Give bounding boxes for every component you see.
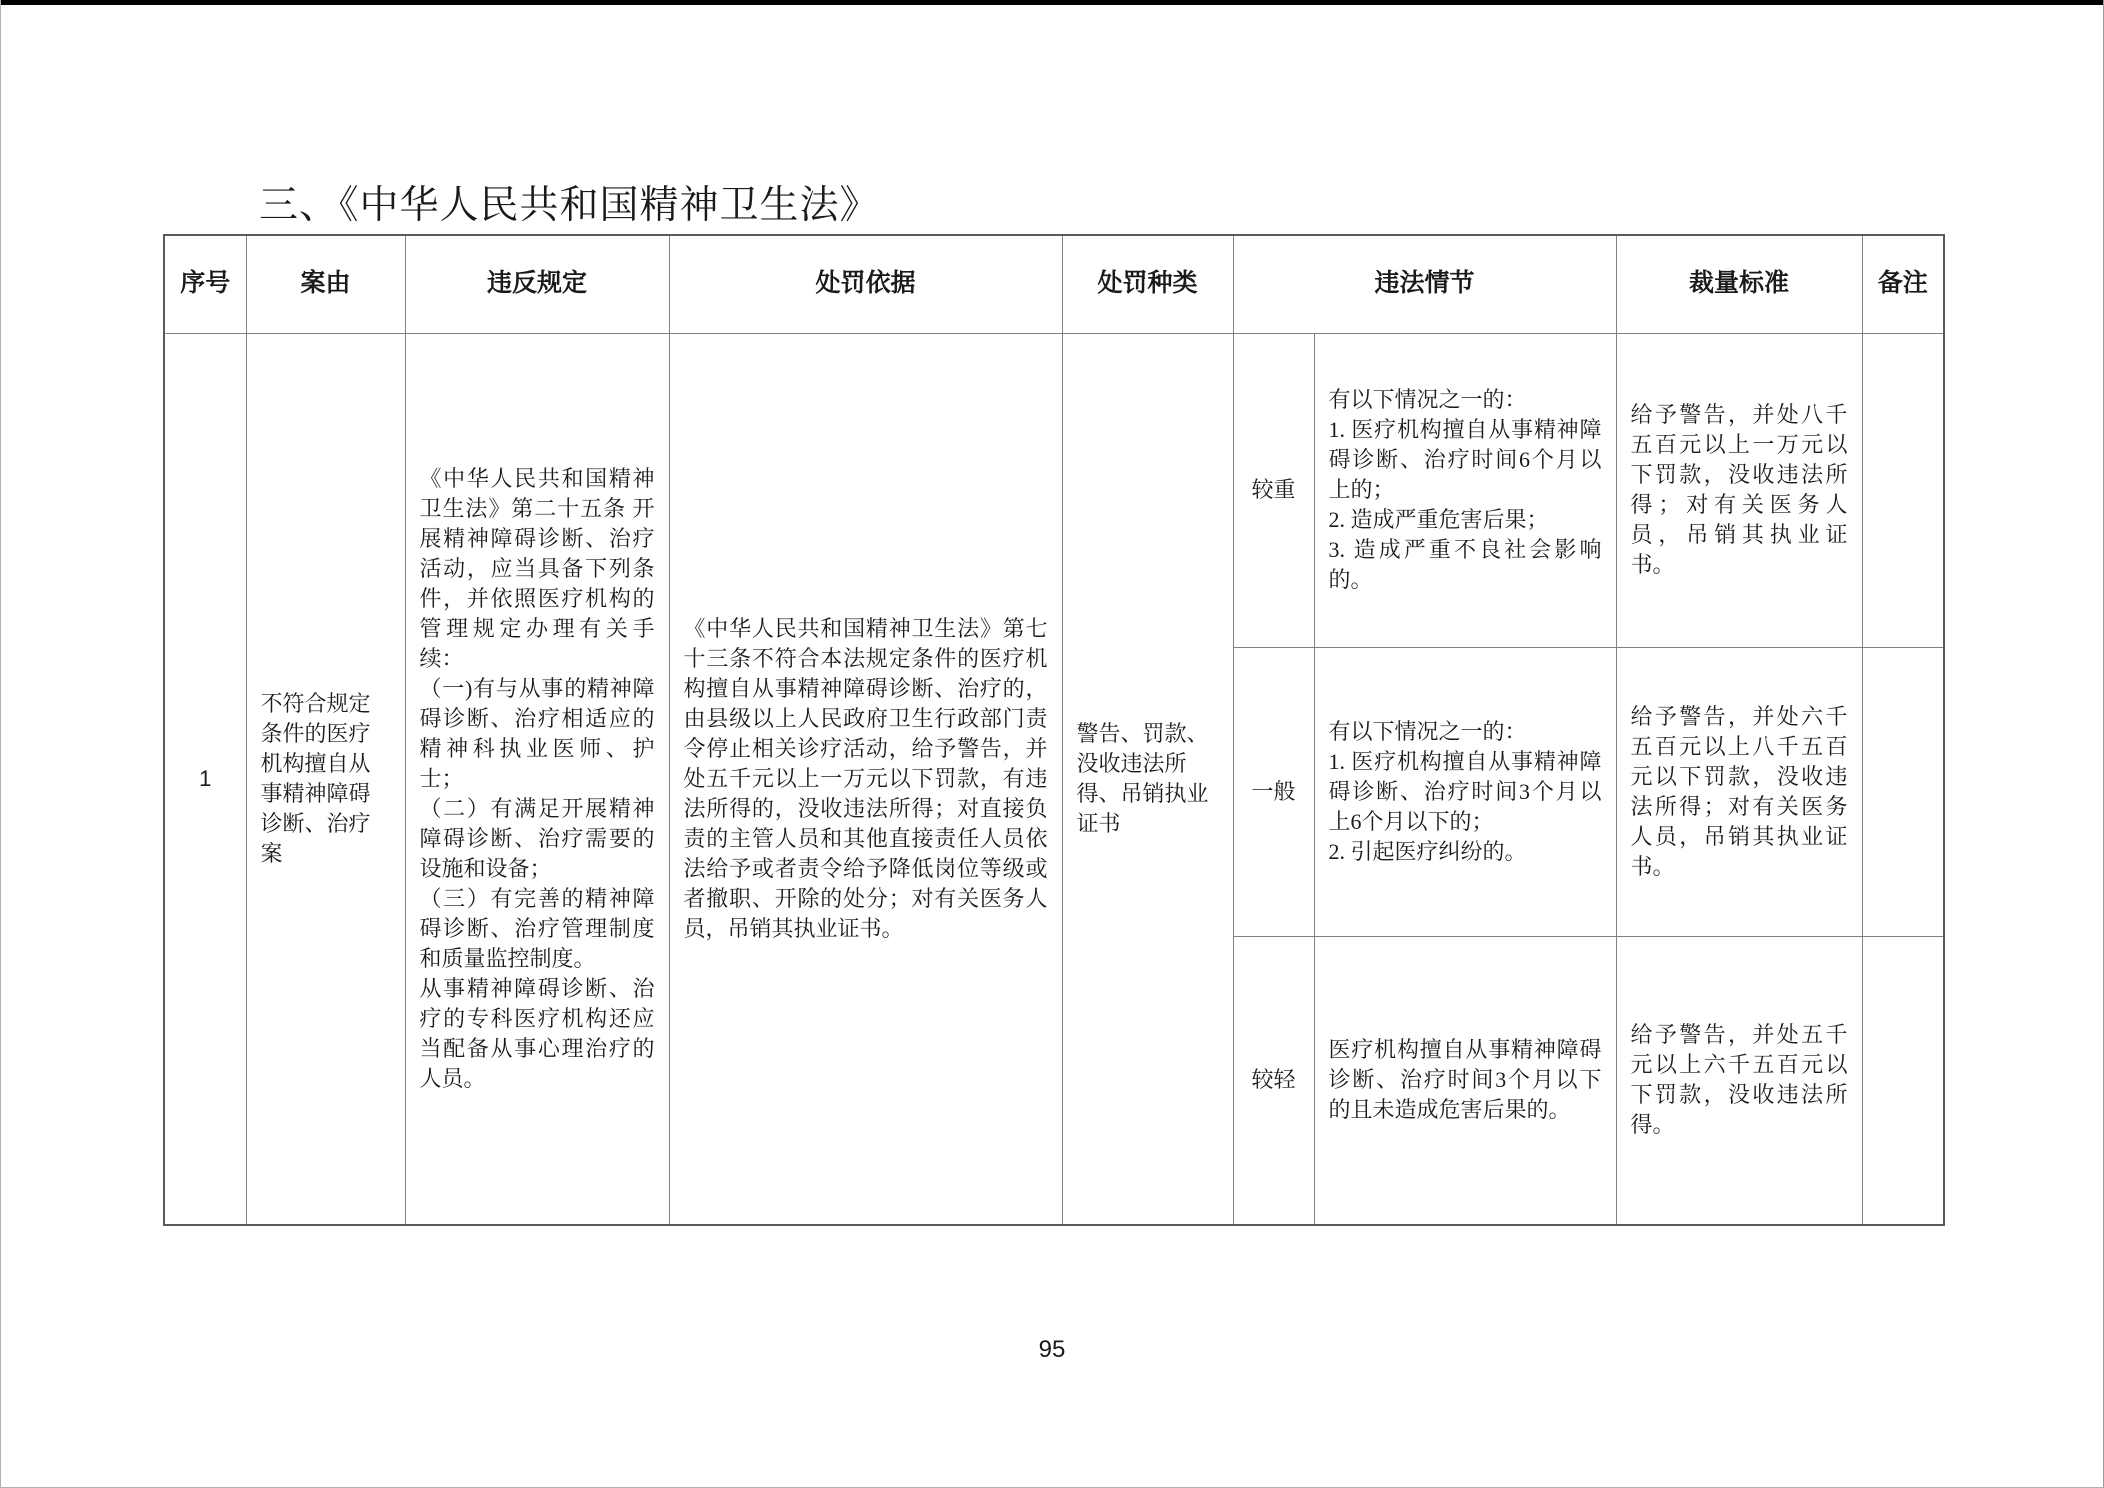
basis-paragraph: 《中华人民共和国精神卫生法》第七十三条不符合本法规定条件的医疗机构擅自从事精神障… <box>684 614 1048 944</box>
cell-case-index: 1 <box>164 333 246 1225</box>
severity-label-general: 一般 <box>1233 647 1314 936</box>
cell-circumstance-severe: 有以下情况之一的： 1. 医疗机构擅自从事精神障碍诊断、治疗时间6个月以上的； … <box>1314 333 1616 647</box>
circumstance-line: 有以下情况之一的： <box>1329 717 1602 747</box>
page-number: 95 <box>1 1336 2103 1364</box>
column-header-punishment-types: 处罚种类 <box>1062 235 1233 333</box>
severity-label-severe: 较重 <box>1233 333 1314 647</box>
provision-paragraph: （三）有完善的精神障碍诊断、治疗管理制度和质量监控制度。 <box>420 884 655 974</box>
standard-text: 给予警告，并处六千五百元以上八千五百元以下罚款，没收违法所得；对有关医务人员，吊… <box>1631 702 1848 882</box>
cell-standard-severe: 给予警告，并处八千五百元以上一万元以下罚款，没收违法所得；对有关医务人员，吊销其… <box>1616 333 1862 647</box>
column-header-standard: 裁量标准 <box>1616 235 1862 333</box>
circumstance-line: 医疗机构擅自从事精神障碍诊断、治疗时间3个月以下的且未造成危害后果的。 <box>1329 1035 1602 1125</box>
table-row-severe: 1 不符合规定条件的医疗机构擅自从事精神障碍诊断、治疗案 《中华人民共和国精神卫… <box>164 333 1944 647</box>
circumstance-line: 2. 造成严重危害后果； <box>1329 505 1602 535</box>
cell-remark-light <box>1862 936 1944 1225</box>
standard-text: 给予警告，并处五千元以上六千五百元以下罚款，没收违法所得。 <box>1631 1020 1848 1140</box>
cell-remark-general <box>1862 647 1944 936</box>
circumstance-line: 有以下情况之一的： <box>1329 385 1602 415</box>
cell-standard-general: 给予警告，并处六千五百元以上八千五百元以下罚款，没收违法所得；对有关医务人员，吊… <box>1616 647 1862 936</box>
column-header-circumstances: 违法情节 <box>1233 235 1616 333</box>
cell-standard-light: 给予警告，并处五千元以上六千五百元以下罚款，没收违法所得。 <box>1616 936 1862 1225</box>
provision-paragraph: 《中华人民共和国精神卫生法》第二十五条 开展精神障碍诊断、治疗活动，应当具备下列… <box>420 464 655 674</box>
page-title: 三、《中华人民共和国精神卫生法》 <box>259 174 880 230</box>
cell-remark-severe <box>1862 333 1944 647</box>
cell-case-reason: 不符合规定条件的医疗机构擅自从事精神障碍诊断、治疗案 <box>246 333 405 1225</box>
circumstance-line: 1. 医疗机构擅自从事精神障碍诊断、治疗时间6个月以上的； <box>1329 415 1602 505</box>
page-top-border <box>1 0 2103 5</box>
circumstance-line: 3. 造成严重不良社会影响的。 <box>1329 535 1602 595</box>
cell-circumstance-light: 医疗机构擅自从事精神障碍诊断、治疗时间3个月以下的且未造成危害后果的。 <box>1314 936 1616 1225</box>
provision-paragraph: （二）有满足开展精神障碍诊断、治疗需要的设施和设备； <box>420 794 655 884</box>
table-header-row: 序号 案由 违反规定 处罚依据 处罚种类 违法情节 裁量标准 备注 <box>164 235 1944 333</box>
provision-paragraph: 从事精神障碍诊断、治疗的专科医疗机构还应当配备从事心理治疗的人员。 <box>420 974 655 1094</box>
provision-paragraph: （一)有与从事的精神障碍诊断、治疗相适应的精神科执业医师、护士； <box>420 674 655 794</box>
cell-circumstance-general: 有以下情况之一的： 1. 医疗机构擅自从事精神障碍诊断、治疗时间3个月以上6个月… <box>1314 647 1616 936</box>
cell-violated-provision: 《中华人民共和国精神卫生法》第二十五条 开展精神障碍诊断、治疗活动，应当具备下列… <box>405 333 669 1225</box>
severity-label-light: 较轻 <box>1233 936 1314 1225</box>
column-header-punishment-basis: 处罚依据 <box>669 235 1062 333</box>
circumstance-line: 1. 医疗机构擅自从事精神障碍诊断、治疗时间3个月以上6个月以下的； <box>1329 747 1602 837</box>
column-header-violated-provision: 违反规定 <box>405 235 669 333</box>
column-header-case-reason: 案由 <box>246 235 405 333</box>
column-header-remark: 备注 <box>1862 235 1944 333</box>
column-header-index: 序号 <box>164 235 246 333</box>
circumstance-line: 2. 引起医疗纠纷的。 <box>1329 837 1602 867</box>
penalty-table: 序号 案由 违反规定 处罚依据 处罚种类 违法情节 裁量标准 备注 1 不符合规… <box>163 234 1945 1226</box>
cell-punishment-types: 警告、罚款、没收违法所得、吊销执业证书 <box>1062 333 1233 1225</box>
standard-text: 给予警告，并处八千五百元以上一万元以下罚款，没收违法所得；对有关医务人员，吊销其… <box>1631 400 1848 580</box>
cell-punishment-basis: 《中华人民共和国精神卫生法》第七十三条不符合本法规定条件的医疗机构擅自从事精神障… <box>669 333 1062 1225</box>
